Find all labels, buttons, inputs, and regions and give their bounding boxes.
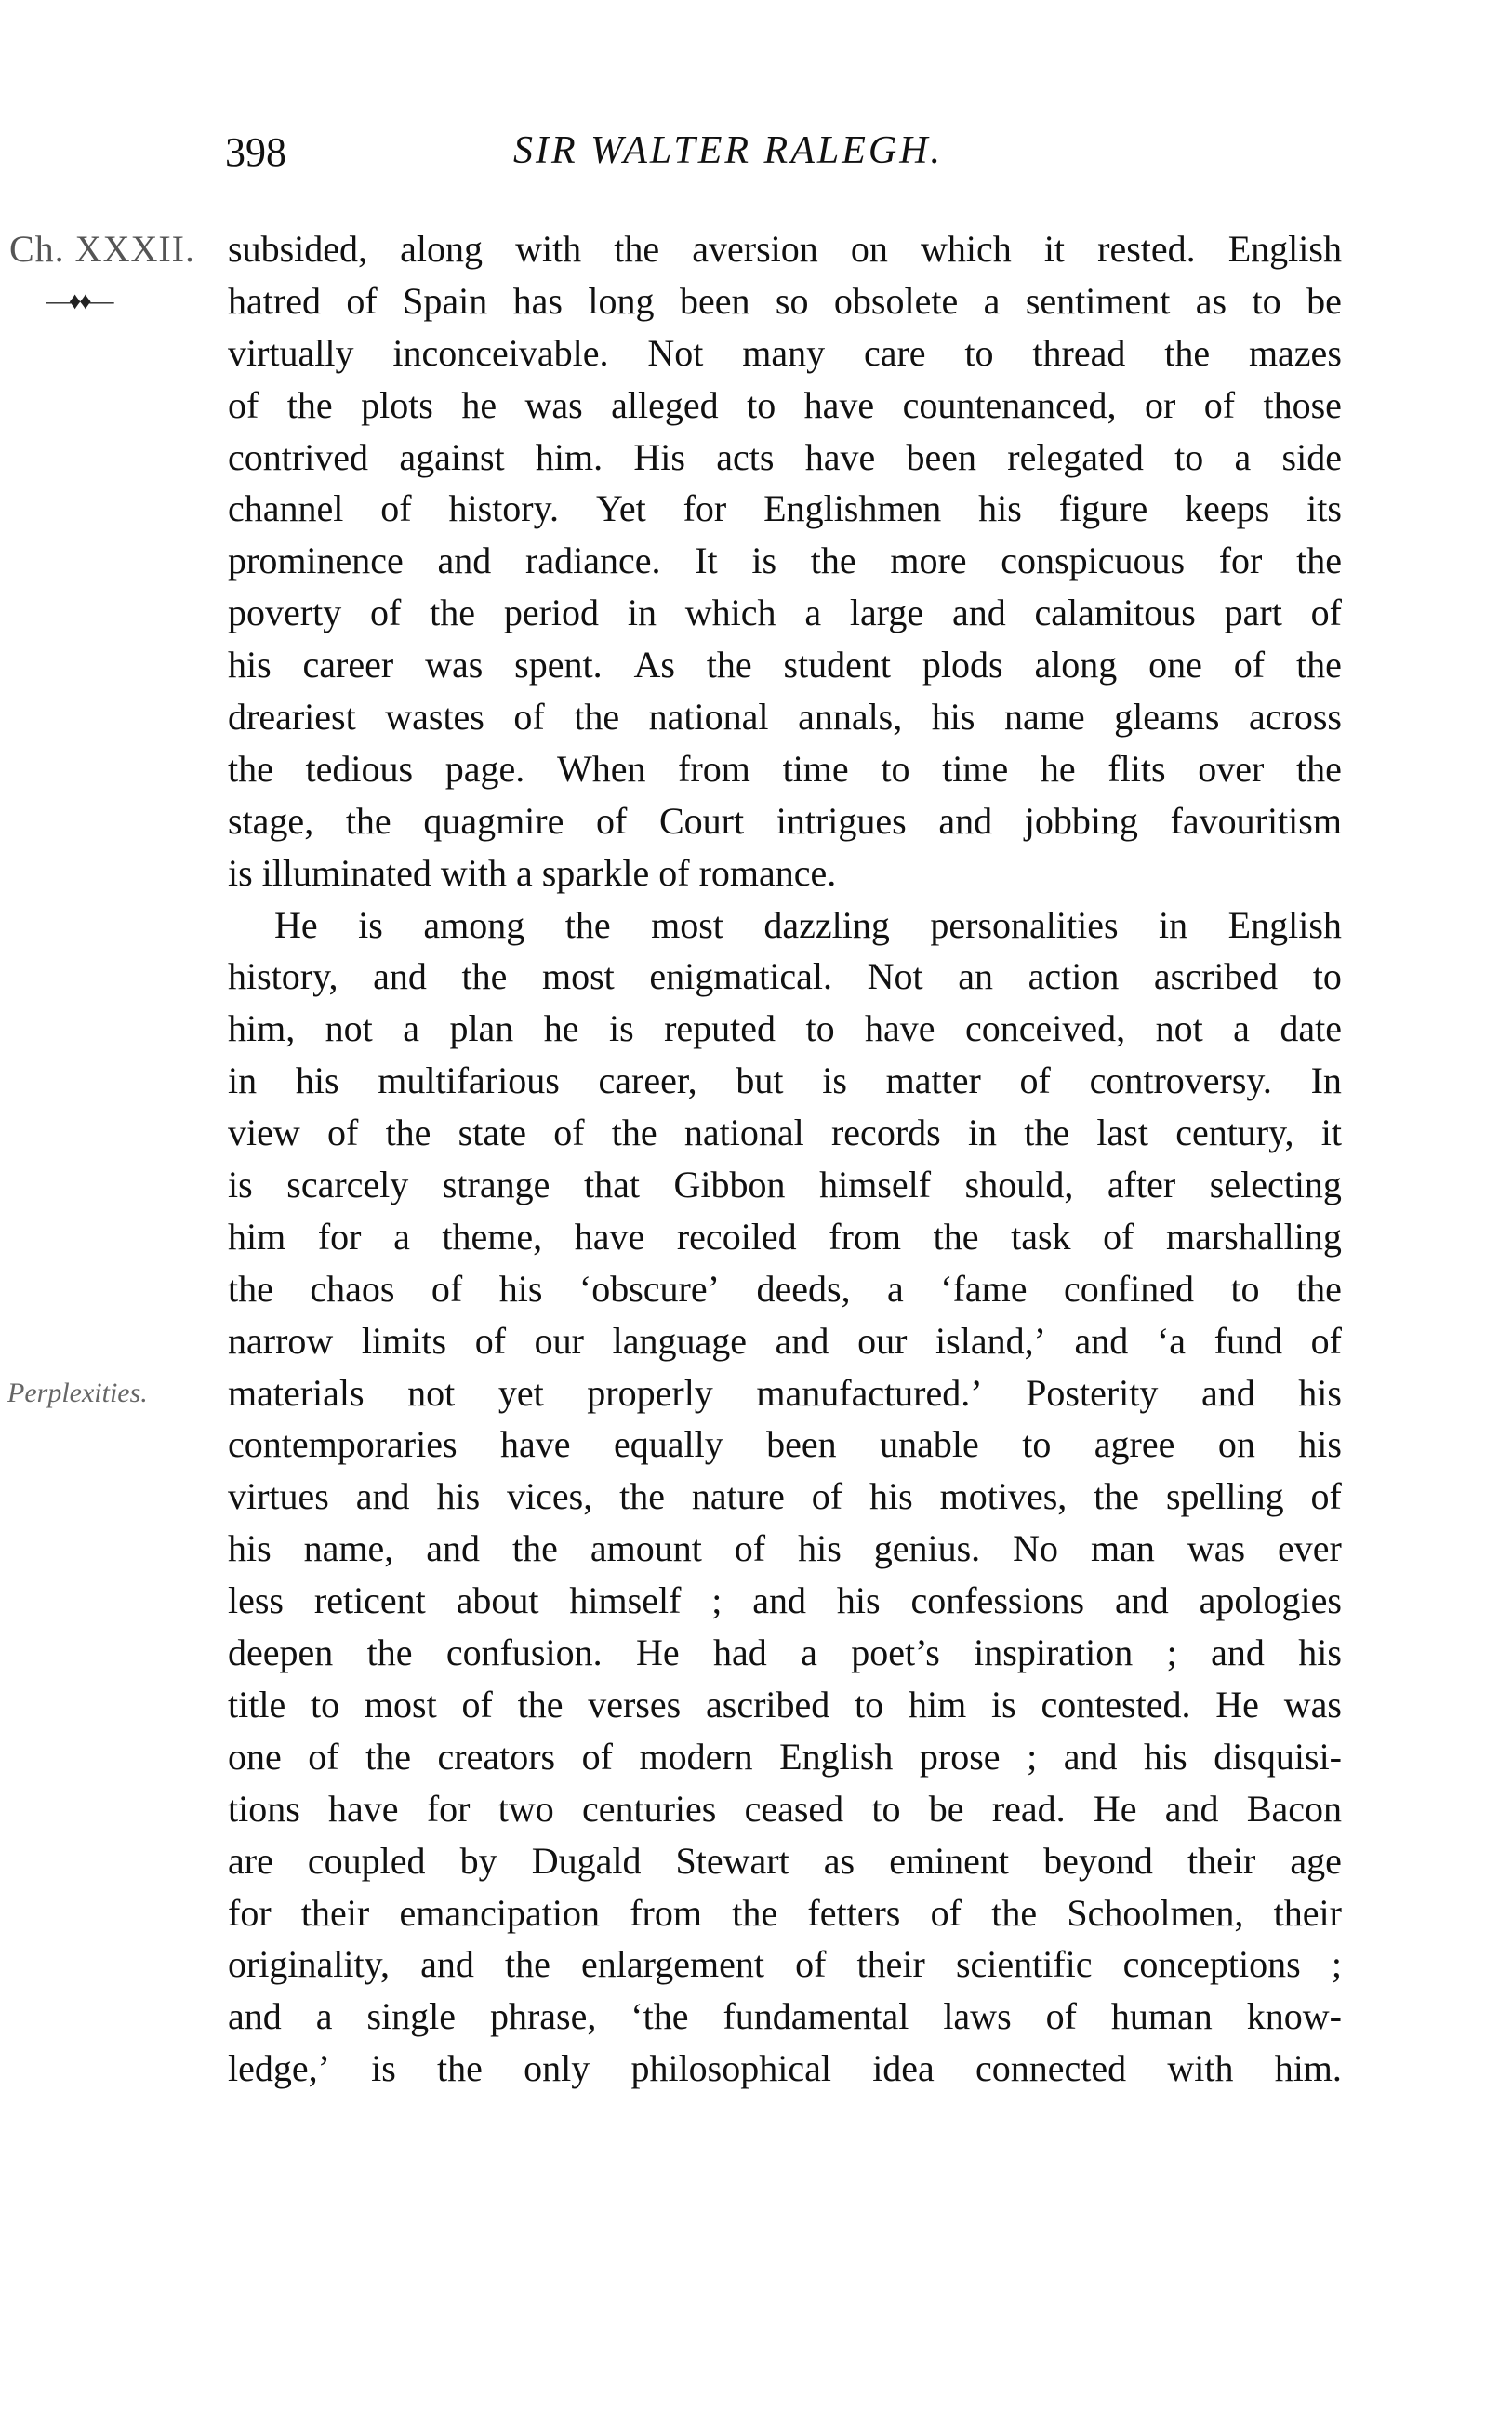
text-line: thetediouspage.Whenfromtimetotimeheflits… (228, 743, 1342, 795)
text-line: ledge,’istheonlyphilosophicalideaconnect… (228, 2043, 1342, 2095)
text-line: subsided,alongwiththeaversiononwhichitre… (228, 223, 1342, 275)
text-line: materialsnotyetproperlymanufactured.’Pos… (228, 1367, 1342, 1419)
text-line: originality,andtheenlargementoftheirscie… (228, 1938, 1342, 1991)
text-line: oftheplotshewasallegedtohavecountenanced… (228, 380, 1342, 432)
ornament-icon: —♦♦— (46, 275, 113, 327)
text-line: is illuminated with a sparkle of romance… (228, 847, 1342, 899)
margin-sidenote: Perplexities. (7, 1367, 148, 1419)
text-line: hiscareerwasspent.Asthestudentplodsalong… (228, 639, 1342, 691)
text-line: lessreticentabouthimself;andhisconfessio… (228, 1575, 1342, 1627)
text-line: hisname,andtheamountofhisgenius.Nomanwas… (228, 1523, 1342, 1575)
text-line: stage,thequagmireofCourtintriguesandjobb… (228, 795, 1342, 847)
text-line: HeisamongthemostdazzlingpersonalitiesinE… (228, 899, 1342, 952)
running-title: SIR WALTER RALEGH. (513, 128, 943, 173)
text-line: oneofthecreatorsofmodernEnglishprose;and… (228, 1731, 1342, 1783)
paragraph-2: HeisamongthemostdazzlingpersonalitiesinE… (228, 899, 1342, 2095)
text-line: thechaosofhis‘obscure’deeds,a‘fameconfin… (228, 1263, 1342, 1315)
text-line: deepentheconfusion.Hehadapoet’sinspirati… (228, 1627, 1342, 1679)
text-line: arecoupledbyDugaldStewartaseminentbeyond… (228, 1835, 1342, 1887)
text-line: prominenceandradiance.Itisthemoreconspic… (228, 535, 1342, 587)
page-number: 398 (225, 128, 286, 176)
text-line: virtuallyinconceivable.Notmanycaretothre… (228, 327, 1342, 380)
text-line: dreariestwastesofthenationalannals,hisna… (228, 691, 1342, 743)
text-line: tionshavefortwocenturiesceasedtoberead.H… (228, 1783, 1342, 1835)
body-text: subsided,alongwiththeaversiononwhichitre… (228, 223, 1342, 2095)
text-line: andasinglephrase,‘thefundamentallawsofhu… (228, 1991, 1342, 2043)
text-line: povertyoftheperiodinwhichalargeandcalami… (228, 587, 1342, 639)
page-header: 398 SIR WALTER RALEGH. (0, 128, 1512, 184)
text-line: channelofhistory.YetforEnglishmenhisfigu… (228, 483, 1342, 535)
text-line: narrowlimitsofourlanguageandourisland,’a… (228, 1315, 1342, 1367)
paragraph-1: subsided,alongwiththeaversiononwhichitre… (228, 223, 1342, 899)
text-line: titletomostoftheversesascribedtohimiscon… (228, 1679, 1342, 1731)
text-line: himforatheme,haverecoiledfromthetaskofma… (228, 1211, 1342, 1263)
text-line: contrivedagainsthim.Hisactshavebeenreleg… (228, 432, 1342, 484)
text-line: fortheiremancipationfromthefettersoftheS… (228, 1887, 1342, 1939)
text-line: contemporarieshaveequallybeenunabletoagr… (228, 1419, 1342, 1471)
text-line: him,notaplanheisreputedtohaveconceived,n… (228, 1003, 1342, 1055)
text-line: inhismultifariouscareer,butismatterofcon… (228, 1055, 1342, 1107)
text-line: history,andthemostenigmatical.Notanactio… (228, 951, 1342, 1003)
text-line: isscarcelystrangethatGibbonhimselfshould… (228, 1159, 1342, 1211)
chapter-label: Ch. XXXII. (9, 223, 195, 275)
text-line: hatredofSpainhaslongbeensoobsoleteasenti… (228, 275, 1342, 327)
text-line: viewofthestateofthenationalrecordsinthel… (228, 1107, 1342, 1159)
text-line: virtuesandhisvices,thenatureofhismotives… (228, 1471, 1342, 1523)
